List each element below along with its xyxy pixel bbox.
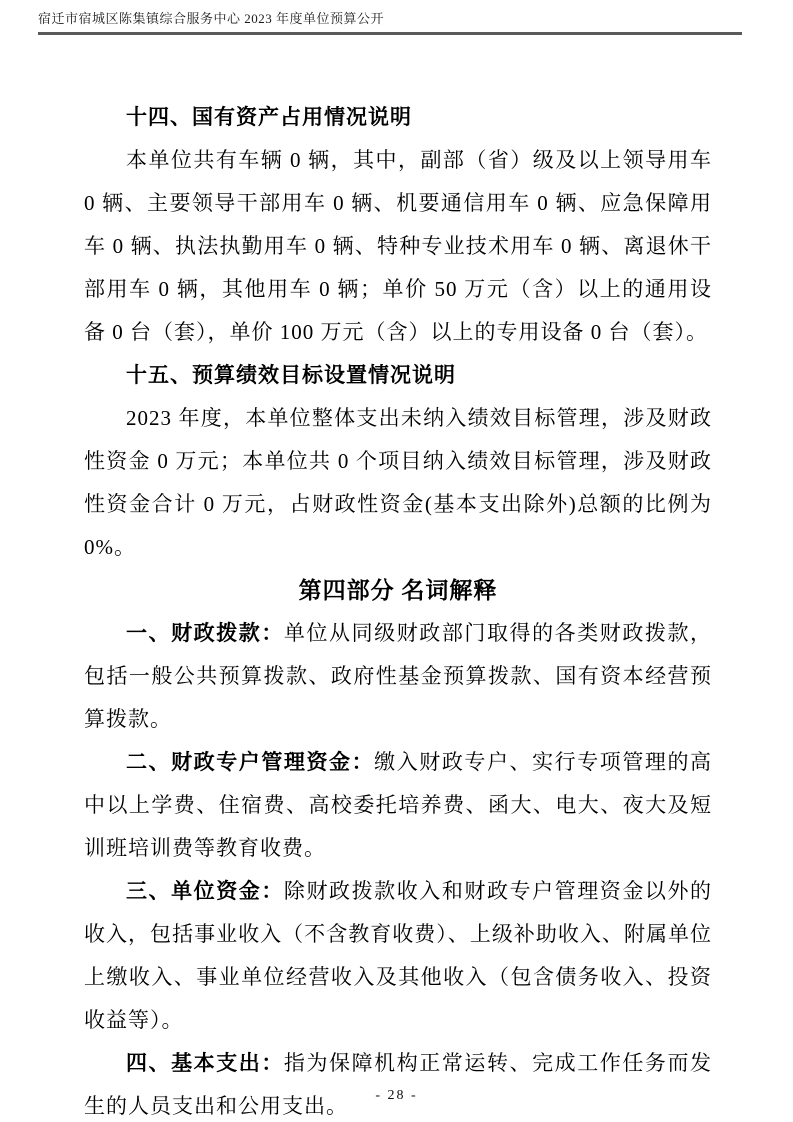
term-paragraph-4: 四、基本支出：指为保障机构正常运转、完成工作任务而发生的人员支出和公用支出。 <box>84 1042 712 1122</box>
page-number: - 28 - <box>375 1088 417 1103</box>
term-paragraph-1: 一、财政拨款：单位从同级财政部门取得的各类财政拨款，包括一般公共预算拨款、政府性… <box>84 612 712 741</box>
term-label-4: 四、基本支出： <box>126 1052 284 1075</box>
term-label-3: 三、单位资金： <box>126 880 284 903</box>
term-label-1: 一、财政拨款： <box>126 622 284 645</box>
section-paragraph-15: 2023 年度，本单位整体支出未纳入绩效目标管理，涉及财政性资金 0 万元；本单… <box>84 397 712 569</box>
page-footer: - 28 - <box>0 1088 793 1104</box>
document-page: 宿迁市宿城区陈集镇综合服务中心 2023 年度单位预算公开 十四、国有资产占用情… <box>0 0 793 1122</box>
section-heading-14: 十四、国有资产占用情况说明 <box>84 96 712 139</box>
page-header: 宿迁市宿城区陈集镇综合服务中心 2023 年度单位预算公开 <box>38 8 742 35</box>
section-paragraph-14: 本单位共有车辆 0 辆，其中，副部（省）级及以上领导用车 0 辆、主要领导干部用… <box>84 139 712 354</box>
term-paragraph-3: 三、单位资金：除财政拨款收入和财政专户管理资金以外的收入，包括事业收入（不含教育… <box>84 870 712 1042</box>
part-title: 第四部分 名词解释 <box>84 569 712 612</box>
document-body: 十四、国有资产占用情况说明 本单位共有车辆 0 辆，其中，副部（省）级及以上领导… <box>84 96 712 1122</box>
term-label-2: 二、财政专户管理资金： <box>126 751 374 774</box>
section-heading-15: 十五、预算绩效目标设置情况说明 <box>84 354 712 397</box>
header-title: 宿迁市宿城区陈集镇综合服务中心 2023 年度单位预算公开 <box>38 11 384 26</box>
term-paragraph-2: 二、财政专户管理资金：缴入财政专户、实行专项管理的高中以上学费、住宿费、高校委托… <box>84 741 712 870</box>
